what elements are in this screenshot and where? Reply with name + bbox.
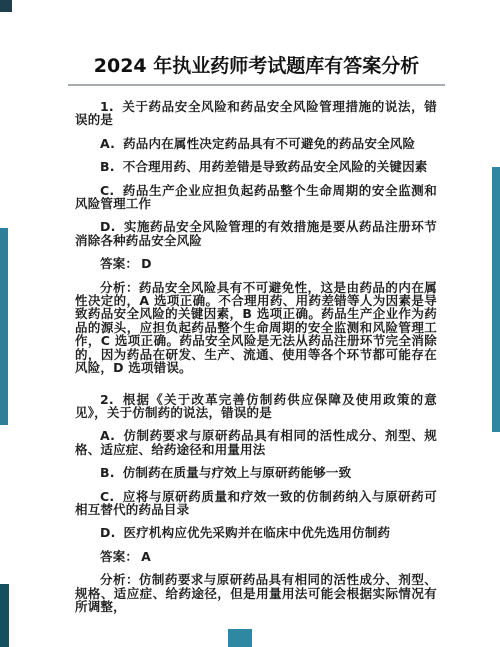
question-2-stem-text: 根据《关于改革完善仿制药供应保障及使用政策的意见》，关于仿制药的说法，错误的是 [75, 392, 437, 420]
question-1-option-a: A.药品内在属性决定药品具有不可避免的药品安全风险 [75, 137, 437, 150]
option-b-label: B. [100, 159, 115, 174]
option-a-text: 药品内在属性决定药品具有不可避免的药品安全风险 [123, 136, 415, 151]
question-2-stem: 2.根据《关于改革完善仿制药供应保障及使用政策的意见》，关于仿制药的说法，错误的… [75, 393, 437, 420]
question-1-option-b: B.不合理用药、用药差错是导致药品安全风险的关键因素 [75, 160, 437, 173]
question-1-stem-text: 关于药品安全风险和药品安全风险管理措施的说法，错误的是 [75, 99, 437, 127]
edge-mark-bottom-left [0, 584, 9, 647]
answer-label: 答案： [100, 549, 138, 564]
option-a-text: 仿制药要求与原研药品具有相同的活性成分、剂型、规格、适应症、给药途径和用量用法 [75, 428, 437, 456]
question-1-option-d: D.实施药品安全风险管理的有效措施是要从药品注册环节消除各种药品安全风险 [75, 220, 437, 247]
question-1-block: 1.关于药品安全风险和药品安全风险管理措施的说法，错误的是 A.药品内在属性决定… [75, 100, 437, 375]
question-2-option-d: D.医疗机构应优先采购并在临床中优先选用仿制药 [75, 526, 437, 539]
question-2-block: 2.根据《关于改革完善仿制药供应保障及使用政策的意见》，关于仿制药的说法，错误的… [75, 393, 437, 614]
option-b-text: 仿制药在质量与疗效上与原研药能够一致 [123, 465, 352, 480]
document-page: 2024 年执业药师考试题库有答案分析 1.关于药品安全风险和药品安全风险管理措… [0, 0, 500, 647]
option-b-text: 不合理用药、用药差错是导致药品安全风险的关键因素 [123, 159, 428, 174]
answer-value: D [141, 256, 152, 271]
option-d-label: D. [100, 525, 116, 540]
edge-mark-left [0, 228, 8, 425]
page-title: 2024 年执业药师考试题库有答案分析 [68, 54, 445, 86]
document-body: 2024 年执业药师考试题库有答案分析 1.关于药品安全风险和药品安全风险管理措… [75, 54, 437, 613]
question-1-stem: 1.关于药品安全风险和药品安全风险管理措施的说法，错误的是 [75, 100, 437, 127]
question-2-analysis: 分析：仿制药要求与原研药品具有相同的活性成分、剂型、规格、适应症、给药途径，但是… [75, 573, 437, 613]
option-a-label: A. [100, 136, 115, 151]
question-2-option-b: B.仿制药在质量与疗效上与原研药能够一致 [75, 466, 437, 479]
question-1-answer-line: 答案：D [75, 257, 437, 270]
answer-value: A [141, 549, 151, 564]
edge-mark-right [492, 167, 500, 432]
edge-mark-bottom-center [228, 629, 252, 647]
option-c-text: 药品生产企业应担负起药品整个生命周期的安全监测和风险管理工作 [75, 183, 437, 211]
question-1-option-c: C.药品生产企业应担负起药品整个生命周期的安全监测和风险管理工作 [75, 184, 437, 211]
option-b-label: B. [100, 465, 115, 480]
option-d-text: 医疗机构应优先采购并在临床中优先选用仿制药 [124, 525, 391, 540]
answer-label: 答案： [100, 256, 138, 271]
question-2-answer-line: 答案：A [75, 550, 437, 563]
question-1-analysis: 分析：药品安全风险具有不可避免性，这是由药品的内在属性决定的，A 选项正确。不合… [75, 281, 437, 375]
question-2-option-a: A.仿制药要求与原研药品具有相同的活性成分、剂型、规格、适应症、给药途径和用量用… [75, 429, 437, 456]
question-2-option-c: C.应将与原研药质量和疗效一致的仿制药纳入与原研药可相互替代的药品目录 [75, 490, 437, 517]
edge-mark-top-left [0, 0, 12, 12]
option-c-text: 应将与原研药质量和疗效一致的仿制药纳入与原研药可相互替代的药品目录 [75, 489, 437, 517]
option-d-text: 实施药品安全风险管理的有效措施是要从药品注册环节消除各种药品安全风险 [75, 219, 437, 247]
